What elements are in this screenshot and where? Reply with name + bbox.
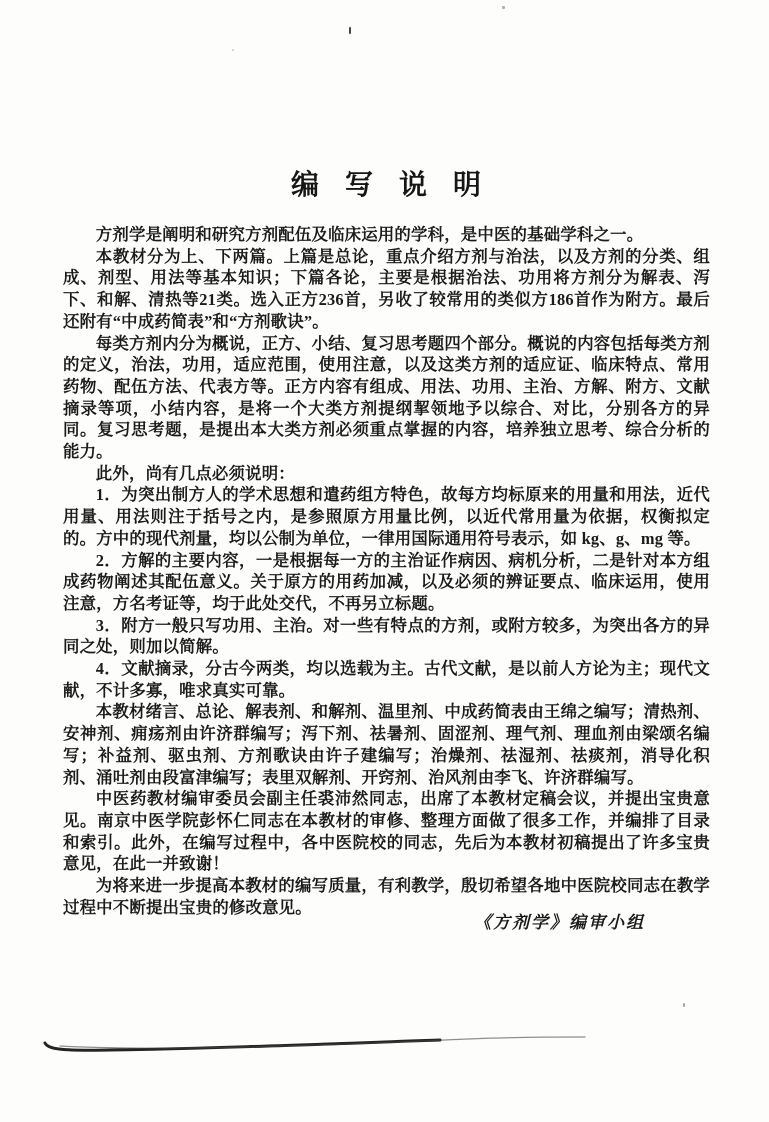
scan-speck	[502, 6, 505, 9]
paragraph: 中医药教材编审委员会副主任裘沛然同志，出席了本教材定稿会议，并提出宝贵意见。南京…	[63, 788, 710, 875]
signature: 《方剂学》编审小组	[63, 908, 645, 933]
paragraph: 每类方剂内分为概说，正方、小结、复习思考题四个部分。概说的内容包括每类方剂的定义…	[63, 333, 710, 463]
scan-speck	[683, 1003, 685, 1007]
scan-speck	[232, 49, 234, 51]
paragraph: 此外，尚有几点必须说明：	[63, 463, 710, 485]
paragraph: 本教材绪言、总论、解表剂、和解剂、温里剂、中成药简表由王绵之编写；清热剂、安神剂…	[63, 701, 710, 788]
scanned-page: 编写说明 方剂学是阐明和研究方剂配伍及临床运用的学科，是中医的基础学科之一。 本…	[0, 0, 769, 1122]
paragraph: 方剂学是阐明和研究方剂配伍及临床运用的学科，是中医的基础学科之一。	[63, 224, 710, 246]
paragraph: 2．方解的主要内容，一是根据每一方的主治证作病因、病机分析，二是针对本方组成药物…	[63, 550, 710, 615]
paragraph: 1．为突出制方人的学术思想和遣药组方特色，故每方均标原来的用量和用法，近代用量、…	[63, 484, 710, 549]
scan-speck	[349, 27, 351, 34]
paragraph: 4．文献摘录，分古今两类，均以选载为主。古代文献，是以前人方论为主；现代文献，不…	[63, 658, 710, 701]
paragraph: 本教材分为上、下两篇。上篇是总论，重点介绍方剂与治法，以及方剂的分类、组成、剂型…	[63, 246, 710, 333]
document-body: 方剂学是阐明和研究方剂配伍及临床运用的学科，是中医的基础学科之一。 本教材分为上…	[63, 224, 710, 919]
paragraph: 3．附方一般只写功用、主治。对一些有特点的方剂，或附方较多，为突出各方的异同之处…	[63, 615, 710, 658]
page-title: 编写说明	[63, 163, 709, 203]
